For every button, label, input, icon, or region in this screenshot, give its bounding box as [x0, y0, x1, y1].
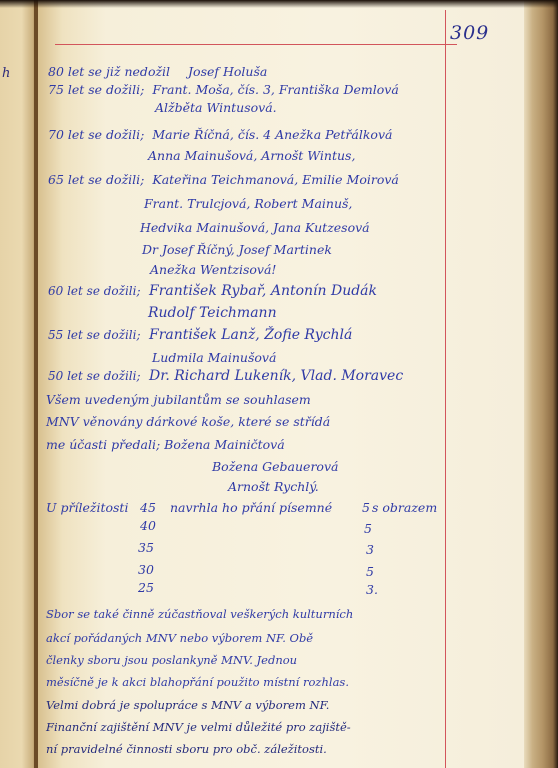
entry-60: 60 let se dožili; František Rybař, Anton… — [48, 283, 377, 299]
name: Frant. Trulcjová, Robert Mainuš, — [144, 196, 352, 212]
age-label: 60 let se dožili; — [48, 284, 141, 298]
header-rule — [55, 44, 457, 45]
name: Ludmila Mainušová — [152, 350, 276, 366]
age-label: 75 let se dožili; — [48, 82, 144, 97]
name: František Rybař, Antonín Dudák — [149, 283, 377, 299]
name: Dr. Richard Lukeník, Vlad. Moravec — [149, 368, 403, 384]
occasion-years: 45 — [140, 500, 156, 516]
gift-note-line: me účasti předali; Božena Mainičtová — [46, 437, 285, 453]
closing-line: měsíčně je k akci blahopřání použito mís… — [46, 674, 349, 690]
entry-65: 65 let se dožili; Kateřina Teichmanová, … — [48, 172, 399, 188]
top-shadow — [0, 0, 558, 8]
gift-note-line: Božena Gebauerová — [212, 459, 338, 475]
gift-note-line: Všem uvedeným jubilantům se souhlasem — [46, 392, 311, 408]
name: Marie Říčná, čís. 4 Anežka Petřálková — [152, 127, 392, 142]
entry-55: 55 let se dožili; František Lanž, Žofie … — [48, 327, 352, 343]
name: Dr Josef Říčný, Josef Martinek — [142, 242, 332, 258]
name: Josef Holuša — [188, 64, 267, 79]
name: František Lanž, Žofie Rychlá — [149, 327, 352, 343]
entry-70: 70 let se dožili; Marie Říčná, čís. 4 An… — [48, 127, 392, 143]
occasion-years: 35 — [138, 540, 154, 556]
name: Rudolf Teichmann — [148, 305, 277, 321]
closing-line: akcí pořádaných MNV nebo výborem NF. Obě — [46, 630, 313, 646]
facing-page-text: h — [2, 66, 10, 81]
entry-80-label: 80 let se již nedožil Josef Holuša — [48, 64, 267, 80]
occasion-years: 30 — [138, 562, 154, 578]
facing-page: h — [0, 0, 36, 768]
closing-line: členky sboru jsou poslankyně MNV. Jednou — [46, 652, 297, 668]
occasion-count: 5 — [362, 500, 370, 516]
page-edges — [524, 0, 558, 768]
name: Anna Mainušová, Arnošt Wintus, — [148, 148, 355, 164]
name: Alžběta Wintusová. — [155, 100, 277, 116]
entry-50: 50 let se dožili; Dr. Richard Lukeník, V… — [48, 368, 403, 384]
occasions-header: navrhla ho přání písemné — [170, 500, 332, 516]
closing-line: Finanční zajištění MNV je velmi důležité… — [46, 719, 351, 735]
age-label: 80 let se již nedožil — [48, 64, 170, 79]
age-label: 70 let se dožili; — [48, 127, 144, 142]
closing-line: Sbor se také činně zúčastňoval veškerých… — [46, 606, 353, 622]
closing-line: ní pravidelné činnosti sboru pro obč. zá… — [46, 741, 327, 757]
occasions-label: U příležitosti — [46, 500, 128, 516]
occasion-years: 40 — [140, 518, 156, 534]
gift-note-line: Arnošt Rychlý. — [228, 479, 319, 495]
name: Hedvika Mainušová, Jana Kutzesová — [140, 220, 370, 236]
occasion-count: 5 — [366, 564, 374, 580]
age-label: 55 let se dožili; — [48, 328, 141, 342]
gift-note-line: MNV věnovány dárkové koše, které se stří… — [46, 414, 330, 430]
entry-75: 75 let se dožili; Frant. Moša, čís. 3, F… — [48, 82, 399, 98]
name: Frant. Moša, čís. 3, Františka Demlová — [152, 82, 398, 97]
occasion-count: 3. — [366, 582, 378, 598]
closing-line: Velmi dobrá je spolupráce s MNV a výbore… — [46, 697, 329, 713]
age-label: 65 let se dožili; — [48, 172, 144, 187]
margin-rule — [445, 10, 446, 768]
name: Anežka Wentzisová! — [150, 262, 276, 278]
occasions-header-suffix: s obrazem — [372, 500, 437, 516]
name: Kateřina Teichmanová, Emilie Moirová — [152, 172, 399, 187]
page-number: 309 — [450, 22, 489, 44]
occasion-count: 5 — [364, 521, 372, 537]
occasion-years: 25 — [138, 580, 154, 596]
age-label: 50 let se dožili; — [48, 369, 141, 383]
occasion-count: 3 — [366, 542, 374, 558]
